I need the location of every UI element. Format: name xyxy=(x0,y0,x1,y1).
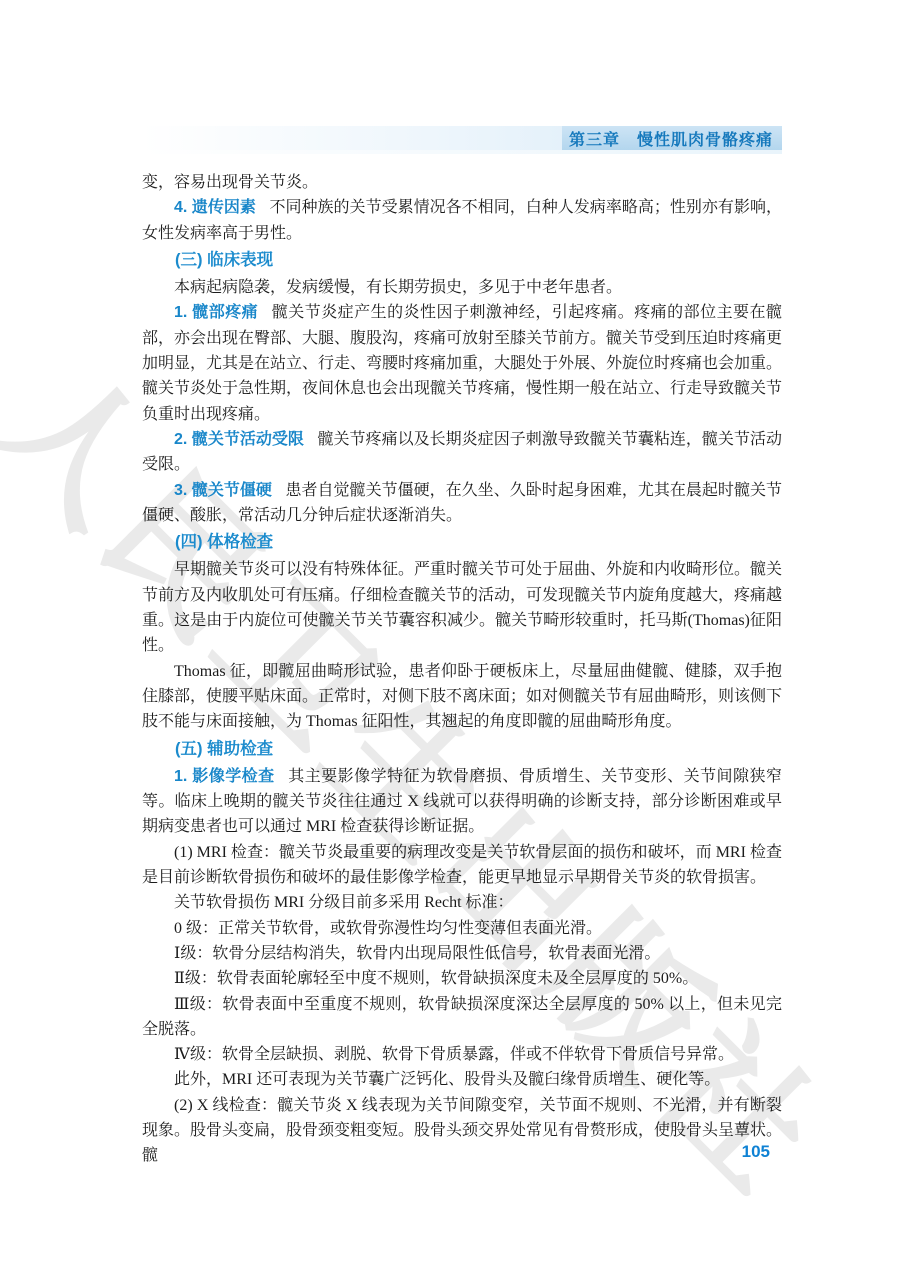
item-text: 髋关节炎症产生的炎性因子刺激神经，引起疼痛。疼痛的部位主要在髋部，亦会出现在臀部… xyxy=(142,304,782,422)
chapter-title: 第三章 慢性肌肉骨骼疼痛 xyxy=(569,127,773,150)
section-heading: (五) 辅助检查 xyxy=(142,737,782,762)
section-heading: (四) 体格检查 xyxy=(142,530,782,555)
paragraph: 此外，MRI 还可表现为关节囊广泛钙化、股骨头及髋臼缘骨质增生、硬化等。 xyxy=(142,1067,782,1092)
item-label: 4. 遗传因素 xyxy=(174,199,256,216)
grade-item: 0 级：正常关节软骨，或软骨弥漫性均匀性变薄但表面光滑。 xyxy=(142,916,782,941)
body-text-column: 变，容易出现骨关节炎。 4. 遗传因素不同种族的关节受累情况各不相同，白种人发病… xyxy=(142,170,782,1169)
paragraph: (1) MRI 检查：髋关节炎最重要的病理改变是关节软骨层面的损伤和破坏，而 M… xyxy=(142,840,782,891)
item-label: 1. 影像学检查 xyxy=(174,768,275,785)
grade-item: Ⅰ级：软骨分层结构消失，软骨内出现局限性低信号，软骨表面光滑。 xyxy=(142,941,782,966)
item-label: 3. 髋关节僵硬 xyxy=(174,482,272,499)
numbered-item: 2. 髋关节活动受限髋关节疼痛以及长期炎症因子刺激导致髋关节囊粘连，髋关节活动受… xyxy=(142,427,782,478)
paragraph: 本病起病隐袭，发病缓慢，有长期劳损史，多见于中老年患者。 xyxy=(142,275,782,300)
section-heading: (三) 临床表现 xyxy=(142,248,782,273)
page-header-bar: 第三章 慢性肌肉骨骼疼痛 xyxy=(142,126,782,150)
paragraph-continuation: 变，容易出现骨关节炎。 xyxy=(142,170,782,195)
numbered-item: 3. 髋关节僵硬患者自觉髋关节僵硬，在久坐、久卧时起身困难，尤其在晨起时髋关节僵… xyxy=(142,478,782,529)
page-number: 105 xyxy=(142,1142,770,1162)
chapter-header-box: 第三章 慢性肌肉骨骼疼痛 xyxy=(562,126,782,150)
paragraph: Thomas 征，即髋屈曲畸形试验，患者仰卧于硬板床上，尽量屈曲健髋、健膝，双手… xyxy=(142,659,782,735)
numbered-item: 1. 影像学检查其主要影像学特征为软骨磨损、骨质增生、关节变形、关节间隙狭窄等。… xyxy=(142,764,782,840)
item-label: 2. 髋关节活动受限 xyxy=(174,431,304,448)
grade-item: Ⅱ级：软骨表面轮廓轻至中度不规则，软骨缺损深度未及全层厚度的 50%。 xyxy=(142,966,782,991)
paragraph: 早期髋关节炎可以没有特殊体征。严重时髋关节可处于屈曲、外旋和内收畸形位。髋关节前… xyxy=(142,557,782,658)
numbered-item: 4. 遗传因素不同种族的关节受累情况各不相同，白种人发病率略高；性别亦有影响，女… xyxy=(142,195,782,246)
paragraph: 关节软骨损伤 MRI 分级目前多采用 Recht 标准： xyxy=(142,890,782,915)
grade-item: Ⅳ级：软骨全层缺损、剥脱、软骨下骨质暴露，伴或不伴软骨下骨质信号异常。 xyxy=(142,1042,782,1067)
item-label: 1. 髋部疼痛 xyxy=(174,304,258,321)
numbered-item: 1. 髋部疼痛髋关节炎症产生的炎性因子刺激神经，引起疼痛。疼痛的部位主要在髋部，… xyxy=(142,300,782,426)
grade-item: Ⅲ级：软骨表面中至重度不规则，软骨缺损深度深达全层厚度的 50% 以上，但未见完… xyxy=(142,992,782,1043)
